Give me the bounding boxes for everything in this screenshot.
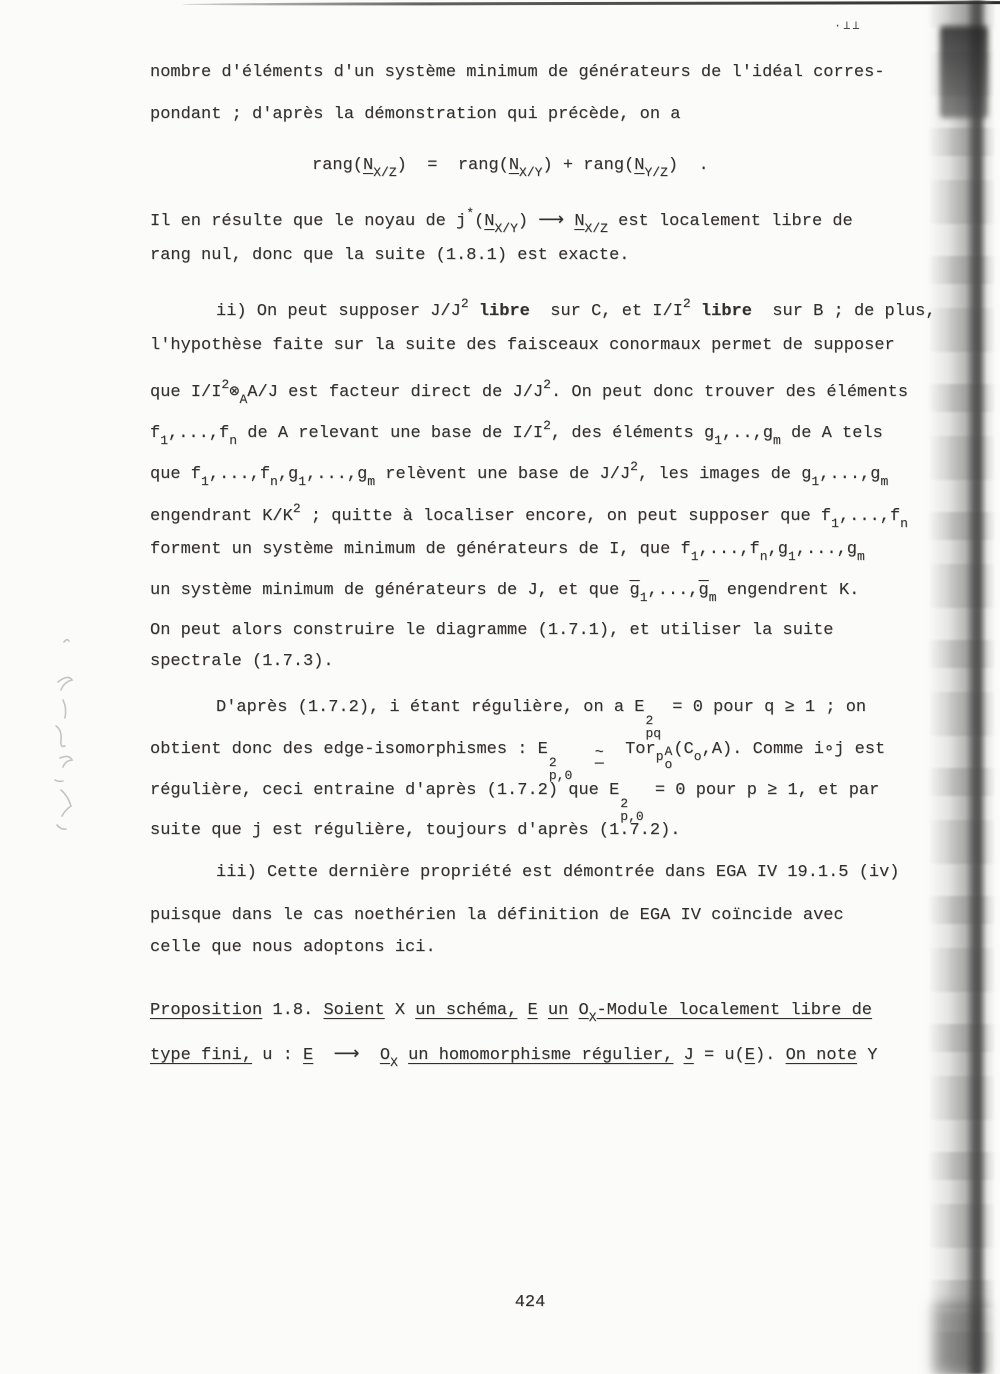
text-line: nombre d'éléments d'un système minimum d…	[150, 62, 885, 84]
math-stack: ~—	[594, 747, 605, 769]
text-line: obtient donc des edge-isomorphismes : E2…	[150, 739, 885, 782]
math-stack: 2pq	[644, 714, 662, 740]
text-line: rang(NX/Z) = rang(NX/Y) + rang(NY/Z) .	[150, 155, 709, 184]
scan-binding-band	[928, 0, 1000, 1374]
text-line: f1,...,fn de A relevant une base de I/I2…	[150, 415, 883, 452]
text-line: engendrant K/K2 ; quitte à localiser enc…	[150, 498, 908, 535]
margin-scribble	[30, 630, 110, 860]
text-line: un système minimum de générateurs de J, …	[150, 580, 859, 609]
text-line: ii) On peut supposer J/J2 libre sur C, e…	[150, 293, 936, 323]
text-line: suite que j est régulière, toujours d'ap…	[150, 820, 681, 842]
text-line: spectrale (1.7.3).	[150, 651, 334, 673]
text-line: rang nul, donc que la suite (1.8.1) est …	[150, 245, 629, 267]
scanned-page: { "page": { "header_mark": "·⊥⊥", "page_…	[0, 0, 1000, 1374]
math-stack: Ao	[664, 745, 674, 771]
text-line: Il en résulte que le noyau de j*(NX/Y) ⟶…	[150, 203, 853, 240]
text-line: On peut alors construire le diagramme (1…	[150, 620, 834, 642]
scan-edge-top-line	[182, 1, 1000, 6]
math-stack: 2p,0	[548, 756, 573, 782]
text-line: régulière, ceci entraine d'après (1.7.2)…	[150, 780, 879, 823]
text-line: iii) Cette dernière propriété est démont…	[150, 862, 900, 884]
text-line: forment un système minimum de générateur…	[150, 539, 865, 568]
page-number: 424	[150, 1292, 910, 1314]
text-line: pondant ; d'après la démonstration qui p…	[150, 104, 681, 126]
scan-blob-top-right	[940, 26, 988, 118]
text-line: celle que nous adoptons ici.	[150, 937, 436, 959]
text-line: D'après (1.7.2), i étant régulière, on a…	[150, 697, 866, 740]
text-line: l'hypothèse faite sur la suite des faisc…	[150, 335, 895, 357]
text-line: Proposition 1.8. Soient X un schéma, E u…	[150, 1000, 872, 1029]
text-line: que f1,...,fn,g1,...,gm relèvent une bas…	[150, 456, 888, 493]
page-header-mark: ·⊥⊥	[834, 18, 862, 33]
text-line: type fini, u : E ⟶ OX un homomorphisme r…	[150, 1043, 877, 1074]
text-line: que I/I2⊗AA/J est facteur direct de J/J2…	[150, 374, 908, 411]
text-line: puisque dans le cas noethérien la défini…	[150, 905, 844, 927]
